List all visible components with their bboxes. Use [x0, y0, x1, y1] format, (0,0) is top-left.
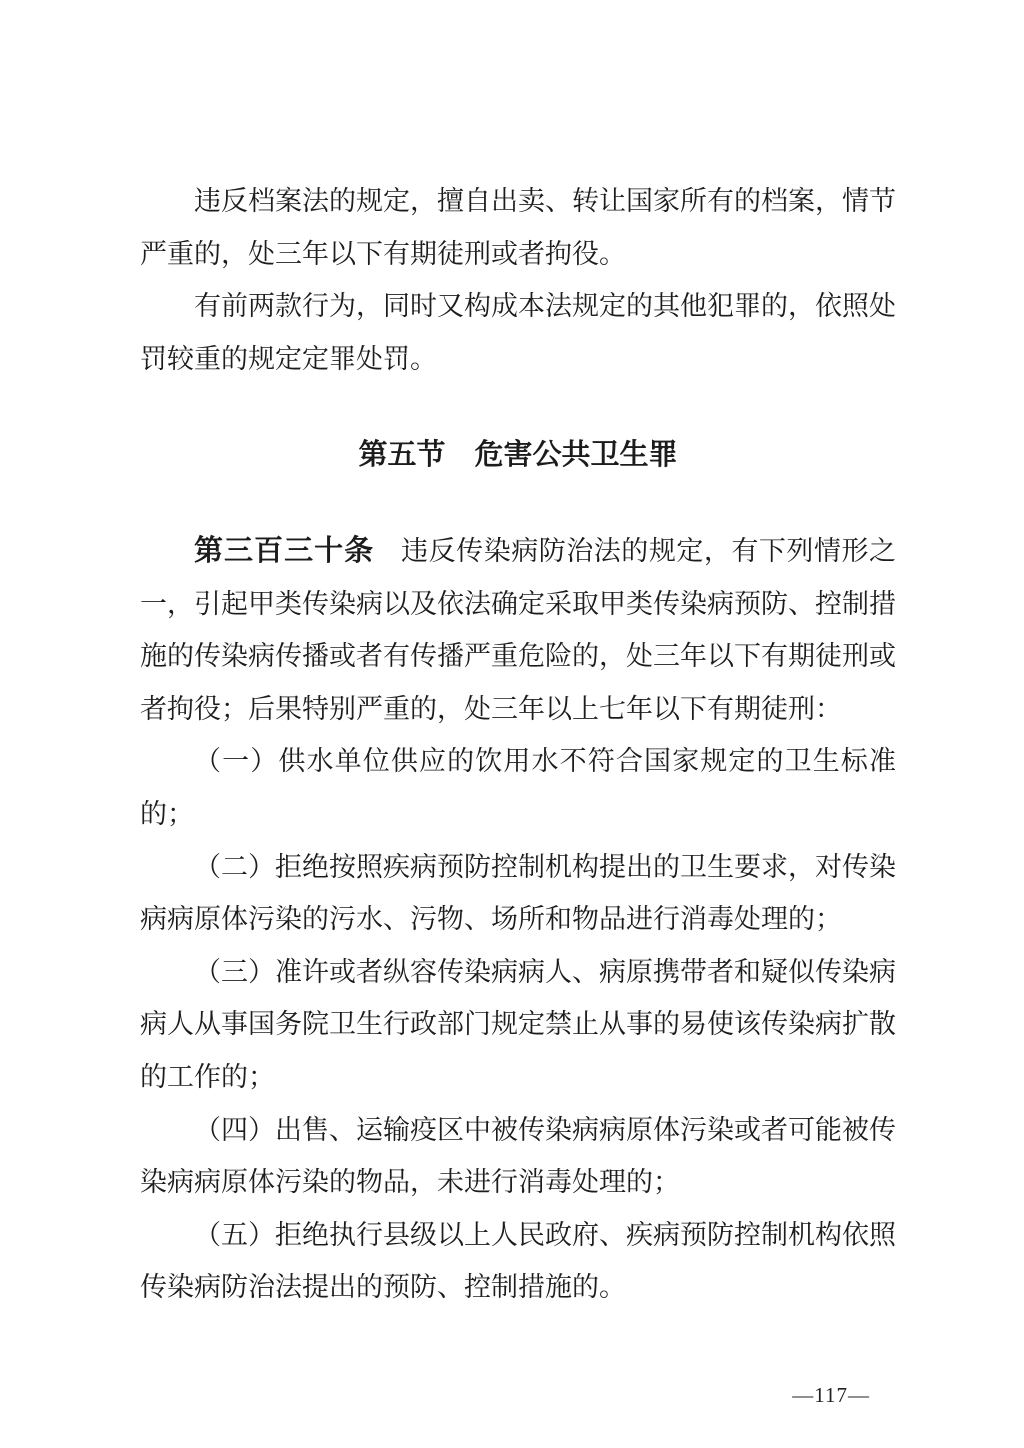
- article-item-3: （三）准许或者纵容传染病病人、病原携带者和疑似传染病病人从事国务院卫生行政部门规…: [140, 946, 896, 1104]
- article-item-4: （四）出售、运输疫区中被传染病病原体污染或者可能被传染病病原体污染的物品，未进行…: [140, 1104, 896, 1209]
- text-block: 违反档案法的规定，擅自出卖、转让国家所有的档案，情节严重的，处三年以下有期徒刑或…: [140, 175, 896, 1314]
- article-item-1: （一）供水单位供应的饮用水不符合国家规定的卫生标准的；: [140, 735, 896, 840]
- article-item-5: （五）拒绝执行县级以上人民政府、疾病预防控制机构依照传染病防治法提出的预防、控制…: [140, 1209, 896, 1314]
- article-number: 第三百三十条: [194, 535, 374, 567]
- section-number: 第五节: [358, 439, 445, 471]
- section-heading: 第五节危害公共卫生罪: [140, 429, 896, 482]
- page-number: —117—: [792, 1383, 870, 1407]
- section-title: 危害公共卫生罪: [475, 439, 678, 471]
- article-330-paragraph: 第三百三十条违反传染病防治法的规定，有下列情形之一，引起甲类传染病以及依法确定采…: [140, 525, 896, 735]
- document-page: 违反档案法的规定，擅自出卖、转让国家所有的档案，情节严重的，处三年以下有期徒刑或…: [0, 0, 1024, 1448]
- paragraph-archives-law-2: 有前两款行为，同时又构成本法规定的其他犯罪的，依照处罚较重的规定定罪处罚。: [140, 280, 896, 385]
- paragraph-archives-law-1: 违反档案法的规定，擅自出卖、转让国家所有的档案，情节严重的，处三年以下有期徒刑或…: [140, 175, 896, 280]
- article-item-2: （二）拒绝按照疾病预防控制机构提出的卫生要求，对传染病病原体污染的污水、污物、场…: [140, 841, 896, 946]
